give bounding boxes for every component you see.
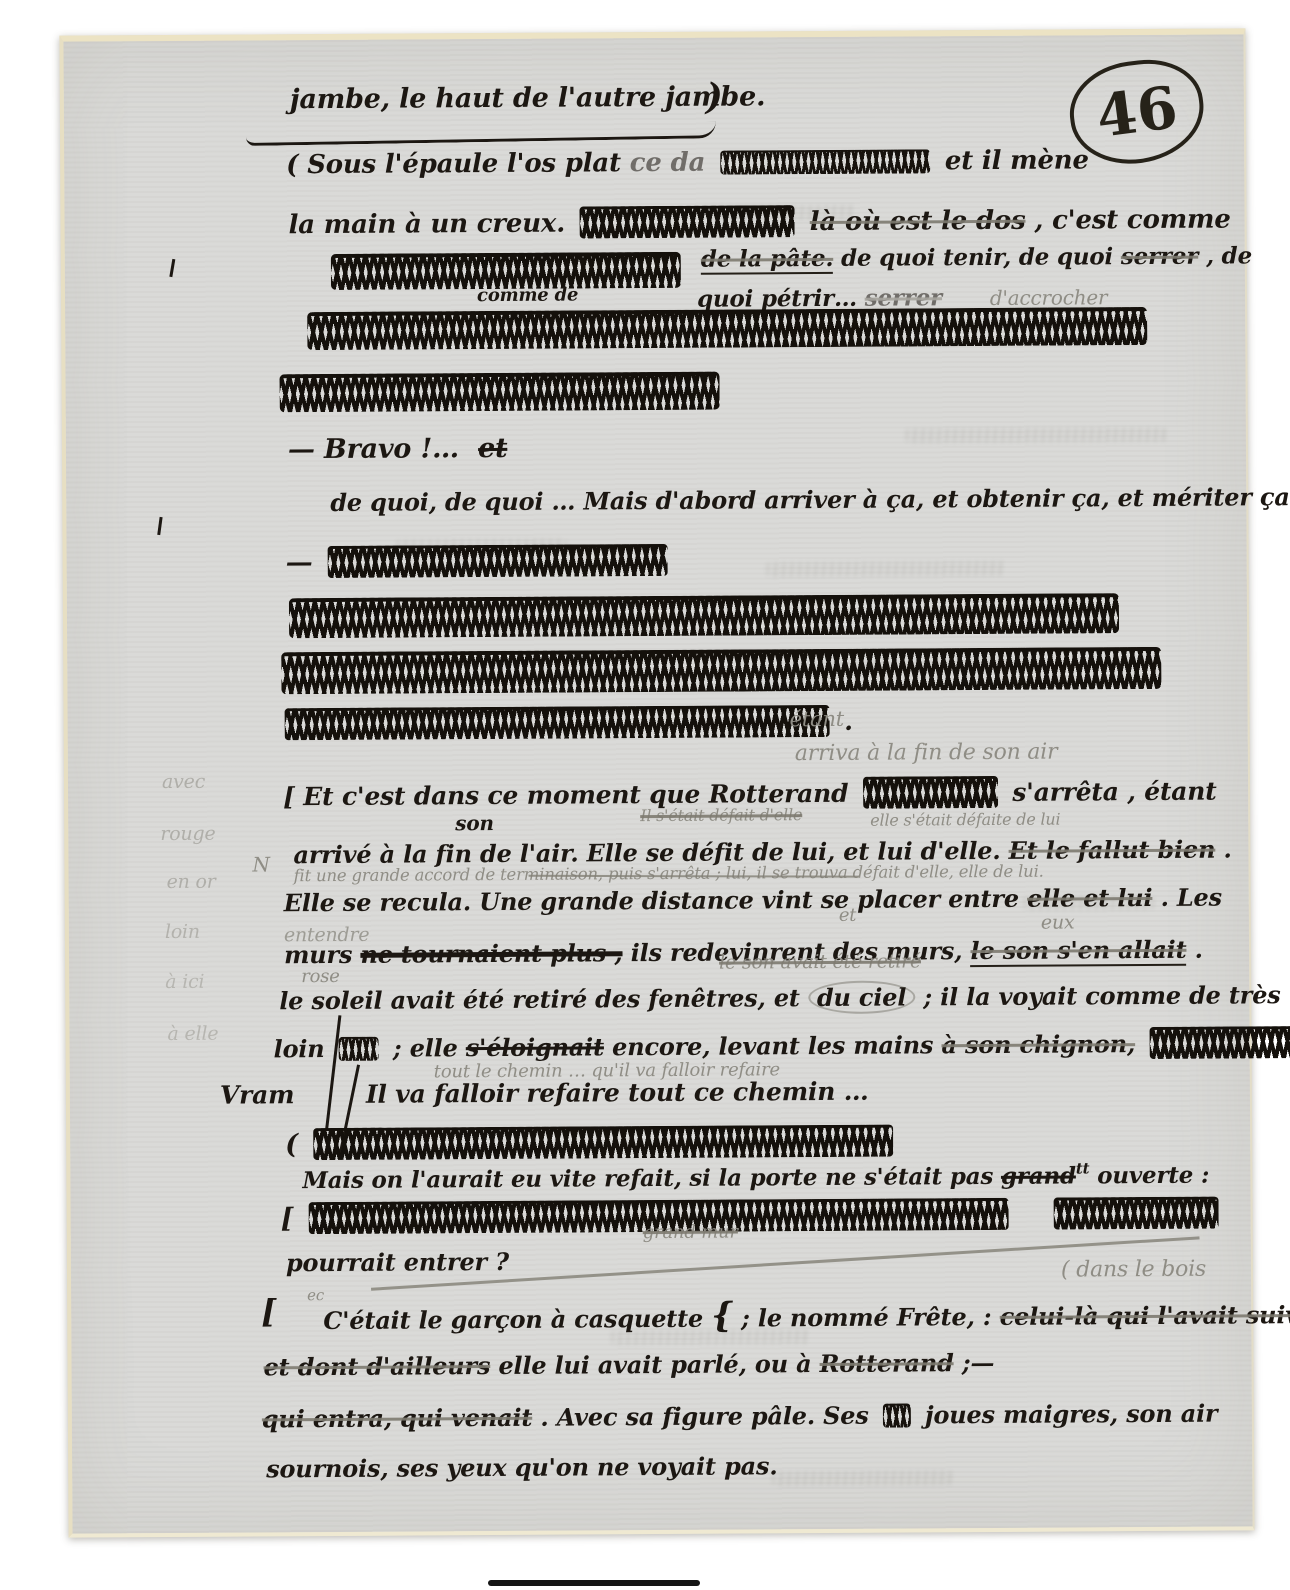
ms-text: [	[261, 1292, 276, 1330]
ms-text: et il mène	[945, 145, 1089, 176]
scribble-block	[279, 372, 719, 413]
pencil-superscript: ec	[307, 1286, 324, 1304]
ms-text: de quoi, de quoi … Mais d'abord arriver …	[330, 482, 1290, 517]
ms-text: ; il la voyait comme de très	[923, 980, 1280, 1011]
ms-text: )	[706, 76, 723, 118]
ms-text-struck: elle et lui	[1027, 883, 1153, 913]
ms-text-struck: à son chignon,	[941, 1029, 1135, 1059]
scribble-stroke	[1054, 1197, 1219, 1230]
margin-note: en or	[167, 871, 216, 893]
ms-line-29-bracket: [	[261, 1292, 276, 1330]
ms-superscript: tt	[1076, 1159, 1090, 1177]
ms-text: pourrait entrer ?	[286, 1247, 509, 1277]
ms-line-26: [	[281, 1197, 1225, 1235]
ms-line-4: de la pâte. de quoi tenir, de quoi serre…	[701, 242, 1252, 272]
margin-note: loin	[165, 921, 200, 943]
ms-text: [	[281, 1203, 294, 1234]
ms-line-2: ( Sous l'épaule l'os plat ce da et il mè…	[286, 145, 1089, 180]
ms-line-19: Elle se recula. Une grande distance vint…	[284, 883, 1222, 918]
scribble-stroke	[313, 1125, 893, 1161]
ms-line-29: C'était le garçon à casquette { ; le nom…	[323, 1292, 1290, 1338]
margin-note: rouge	[160, 823, 215, 845]
scribble-block	[281, 647, 1161, 694]
ms-text-brace: {	[711, 1296, 733, 1336]
ms-line-31: qui entra, qui venait . Avec sa figure p…	[262, 1399, 1218, 1434]
margin-note: à ici	[165, 971, 204, 993]
pencil-note: elle s'était défaite de lui	[870, 810, 1060, 830]
ms-line-21: le soleil avait été retiré des fenêtres,…	[279, 980, 1280, 1015]
pencil-note: ( dans le bois	[1061, 1257, 1206, 1283]
ms-text-struck: Et le fallut bien	[1009, 835, 1216, 865]
ms-text: , c'est comme	[1034, 204, 1230, 235]
ms-line-13: .	[285, 705, 853, 740]
ms-line-22: loin ; elle s'éloignait encore, levant l…	[274, 1026, 1290, 1065]
ms-text-struck: là où est le dos	[810, 206, 1026, 237]
ms-line-6: comme de	[477, 284, 578, 306]
ms-text: le soleil avait été retiré des fenêtres,…	[279, 983, 800, 1015]
scribble-block	[307, 307, 1147, 350]
ms-text-underlined: de la pâte.	[701, 245, 834, 275]
scribble-block	[289, 593, 1119, 638]
scribble-stroke	[1149, 1026, 1290, 1059]
ms-text: son	[455, 811, 494, 835]
ms-text: Elle se recula.	[284, 887, 471, 917]
ms-text: elle lui avait parlé, ou à	[498, 1349, 811, 1380]
ink-tick	[169, 259, 175, 277]
ms-text: Mais on l'aurait eu vite refait, si la p…	[302, 1163, 993, 1194]
ms-text: —	[286, 547, 313, 578]
ms-line-25: Mais on l'aurait eu vite refait, si la p…	[302, 1159, 1209, 1195]
ms-text-struck: qui entra, qui venait	[262, 1403, 533, 1434]
pencil-note: d'accrocher	[990, 285, 1108, 310]
ms-text: Vram	[220, 1080, 295, 1109]
pencil-note: arriva à la fin de son air	[795, 740, 1058, 767]
pencil-note-struck: grand mur	[643, 1222, 738, 1244]
scribble-stroke	[580, 205, 795, 238]
pencil-margin-n: N	[252, 852, 269, 876]
manuscript-photo: { "page": { "number": "46" }, "lines": {…	[0, 0, 1290, 1590]
ms-text-circled: du ciel	[808, 980, 916, 1014]
ms-text: ; elle	[393, 1033, 458, 1062]
ms-text: loin	[274, 1034, 325, 1063]
ms-line-1-hook: )	[706, 76, 723, 118]
ms-text: C'était le garçon à casquette	[323, 1304, 703, 1335]
pencil-note-struck: le son avait été retiré	[719, 950, 921, 973]
ms-text-struck: grand	[1001, 1162, 1076, 1189]
ms-text: joues maigres, son air	[925, 1399, 1218, 1430]
scribble-stroke	[883, 1403, 911, 1427]
ms-text: ce da	[630, 148, 706, 178]
ms-text: .	[844, 707, 853, 736]
ms-text-struck: Rotterand	[819, 1348, 953, 1378]
ms-text-struck: celui-là qui l'avait suivi,	[1000, 1300, 1290, 1331]
ms-text: (	[285, 1129, 298, 1160]
ms-text: comme de	[477, 284, 578, 306]
ms-line-27: pourrait entrer ?	[286, 1247, 509, 1277]
ms-line-32: sournois, ses yeux qu'on ne voyait pas.	[266, 1451, 777, 1483]
ms-text: . Les	[1160, 883, 1222, 912]
ms-line-8: — Bravo !… et	[288, 433, 508, 465]
ms-text: , de	[1206, 242, 1252, 269]
ink-tick	[157, 517, 162, 535]
ms-text: .	[1195, 935, 1203, 964]
bleed-mark	[767, 561, 1007, 577]
ms-text: — Bravo !…	[288, 433, 459, 465]
ms-text: . Avec sa figure pâle. Ses	[540, 1401, 868, 1432]
ms-line-30: et dont d'ailleurs elle lui avait parlé,…	[263, 1348, 994, 1381]
ms-text: ( Sous l'épaule l'os plat	[286, 148, 621, 180]
ms-text: s'arrêta , étant	[1012, 777, 1216, 807]
ms-text-struck: et dont d'ailleurs	[263, 1351, 490, 1381]
scribble-stroke	[339, 1037, 379, 1061]
ms-text: la main à un creux.	[288, 209, 565, 241]
scribble-stroke	[720, 149, 930, 174]
ms-text: murs	[284, 940, 352, 969]
ms-text-struck: ne tournaient plus ,	[360, 938, 622, 969]
pencil-note: et	[839, 905, 857, 926]
scribble-stroke	[328, 544, 668, 578]
ms-line-10: —	[286, 544, 674, 578]
ms-line-1: jambe, le haut de l'autre jambe.	[290, 81, 766, 115]
ms-text-struck: et	[478, 433, 507, 464]
ms-text-struck: s'éloignait	[466, 1032, 604, 1062]
ms-text: ; le nommé Frête, :	[741, 1302, 992, 1333]
ms-line-3: la main à un creux. là où est le dos , c…	[288, 202, 1230, 240]
page-number: 46	[1093, 73, 1182, 151]
ms-line-16-son: son	[455, 811, 494, 835]
underline-flourish	[246, 121, 716, 146]
bleed-mark	[772, 1470, 952, 1486]
margin-note: à elle	[167, 1023, 218, 1045]
ms-text-struck: serrer	[1121, 243, 1199, 270]
ms-line-24: (	[285, 1125, 899, 1161]
ms-text: jambe, le haut de l'autre jambe.	[290, 81, 766, 115]
scan-artifact-strip	[488, 1580, 700, 1586]
pencil-note: fit une grande accord de terminaison, pu…	[294, 862, 1044, 886]
ms-text: de quoi tenir, de quoi	[841, 243, 1113, 272]
ms-text: ouverte :	[1097, 1162, 1209, 1190]
scribble-stroke	[285, 705, 830, 740]
pencil-note: eux	[1041, 911, 1075, 933]
ms-text: ;—	[962, 1348, 995, 1377]
margin-note: avec	[162, 771, 205, 793]
pencil-note: rose	[301, 966, 340, 987]
ms-text: .	[1223, 834, 1231, 863]
ms-text: Il va falloir refaire tout ce chemin …	[366, 1077, 869, 1109]
bleed-mark	[906, 427, 1166, 444]
ms-text-underlined: le son s'en allait	[970, 935, 1186, 967]
manuscript-page: 46 avec rouge en or loin à ici à elle ja…	[59, 28, 1254, 1537]
ms-text: encore, levant les mains	[612, 1030, 933, 1061]
ms-line-9: de quoi, de quoi … Mais d'abord arriver …	[330, 482, 1290, 517]
ms-text: Une grande distance vint se placer entre	[479, 884, 1019, 916]
ms-text: sournois, ses yeux qu'on ne voyait pas.	[266, 1451, 777, 1483]
ms-line-23-vram: Vram	[220, 1080, 295, 1109]
ms-line-23: Il va falloir refaire tout ce chemin …	[366, 1077, 869, 1109]
pencil-note-struck: Il s'était défait d'elle	[640, 805, 802, 825]
scribble-stroke	[863, 776, 998, 809]
pencil-note: étant	[790, 707, 845, 731]
